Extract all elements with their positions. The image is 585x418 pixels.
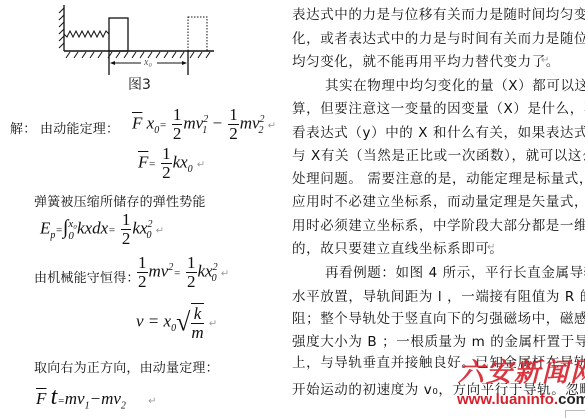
paragraph-line: 表达式中的力是与位移有关而力是随时间均匀变 [292,3,585,23]
elastic-pe-text: 弹簧被压缩所储存的弹性势能 [34,191,206,210]
paragraph-line: 处理问题。 需要注意的是，动能定理是标量式， [292,167,585,187]
paragraph-line: 的，故只要建立直线坐标系即可。 [292,237,504,257]
return-mark: ↵ [268,120,276,131]
paragraph-line: 再看例题：如图 4 所示，平行长直金属导轨 [325,261,585,281]
paragraph-line: 用时必须建立坐标系，中学阶段大部分都是一维 [292,214,585,234]
paragraph-line: 与 X有关（当然是正比或一次函数），就可以这么 [292,144,585,164]
kinetic-theorem-label: 由动能定理： [40,118,119,137]
figure-caption: 图3 [128,74,151,94]
equation-energy-conservation: 12mv2= 12kx20 ↵ [136,254,229,291]
paragraph-line: 阻；整个导轨处于竖直向下的匀强磁场中，磁感应 [292,307,585,327]
equation-kinetic-energy: F x0= 12mv21 − 12mv22 ↵ [132,106,276,143]
paragraph-line: 看表达式（y）中的 X 和什么有关，如果表达式中 X [292,121,585,141]
paragraph-line: 化，或者表达式中的力是与时间有关而力是随位移 [292,27,585,47]
paragraph-line: 应用时不必建立坐标系，而动量定理是矢量式，应 [292,190,585,210]
paragraph-line: 算，但要注意这一变量的因变量（X）是什么，再 [292,97,585,117]
equation-average-force: F= 12kx0 ↵ [138,145,205,182]
paragraph-line: 水平放置，导轨间距为 l ，一端接有阻值为 R 的电 [292,285,585,305]
equation-elastic-pe: Ep=∫x₀0kxdx= 12kx20 ↵ [40,211,164,248]
paragraph-line: 强度大小为 B ；一根质量为 m 的金属杆置于导轨 [292,330,585,350]
watermark-url: www.luaninfo.com [457,391,585,408]
equation-momentum: F t=mv1−mv2 ↵ [36,384,157,411]
corner-frame [565,410,585,418]
solution-label: 解： [10,118,36,137]
momentum-label: 取向右为正方向，由动量定理： [34,357,219,376]
conservation-label: 由机械能守恒得： [34,267,140,286]
paragraph-line: 均匀变化，就不能再用平均力替代变力了。 [292,50,560,70]
distance-label: x₀ [144,57,152,68]
watermark-logo-text: 六安新闻网 [458,352,585,389]
paragraph-line: 其实在物理中均匀变化的量（X）都可以这样 [325,74,585,94]
equation-velocity: v = x0√km ↵ [136,303,217,342]
